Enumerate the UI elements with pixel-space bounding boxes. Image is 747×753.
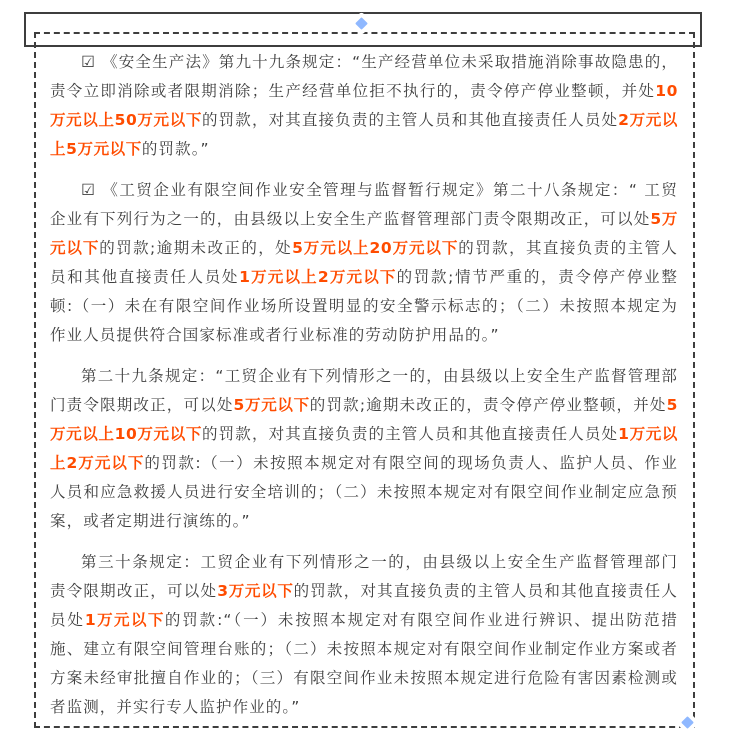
penalty-amount-highlight: 1万元以上2万元以下 <box>239 268 396 286</box>
text-segment: ☑ 《安全生产法》第九十九条规定：“生产经营单位未采取措施消除事故隐患的，责令立… <box>50 53 678 100</box>
penalty-amount-highlight: 5万元以上20万元以下 <box>292 239 458 257</box>
paragraph-article-28: ☑ 《工贸企业有限空间作业安全管理与监督暂行规定》第二十八条规定：“ 工贸企业有… <box>50 176 678 350</box>
text-segment: 的罚款。” <box>142 140 210 158</box>
legal-text-body: ☑ 《安全生产法》第九十九条规定：“生产经营单位未采取措施消除事故隐患的，责令立… <box>50 48 678 734</box>
text-segment: 的罚款，对其直接负责的主管人员和其他直接责任人员处 <box>202 111 618 129</box>
penalty-amount-highlight: 5万元以下 <box>234 396 310 414</box>
penalty-amount-highlight: 3万元以下 <box>217 582 293 600</box>
paragraph-safety-law-article-99: ☑ 《安全生产法》第九十九条规定：“生产经营单位未采取措施消除事故隐患的，责令立… <box>50 48 678 164</box>
paragraph-article-29: 第二十九条规定：“工贸企业有下列情形之一的，由县级以上安全生产监督管理部门责令限… <box>50 362 678 536</box>
text-segment: 的罚款:（一）未按照本规定对有限空间的现场负责人、监护人员、作业人员和应急救援人… <box>50 454 678 530</box>
text-segment: ☑ 《工贸企业有限空间作业安全管理与监督暂行规定》第二十八条规定：“ 工贸企业有… <box>50 181 678 228</box>
text-segment: 的罚款;逾期未改正的，责令停产停业整顿，并处 <box>310 396 667 414</box>
paragraph-article-30: 第三十条规定：工贸企业有下列情形之一的，由县级以上安全生产监督管理部门责令限期改… <box>50 548 678 722</box>
text-segment: 的罚款，对其直接负责的主管人员和其他直接责任人员处 <box>202 425 618 443</box>
text-segment: 的罚款;逾期未改正的，处 <box>99 239 292 257</box>
penalty-amount-highlight: 1万元以下 <box>85 611 165 629</box>
